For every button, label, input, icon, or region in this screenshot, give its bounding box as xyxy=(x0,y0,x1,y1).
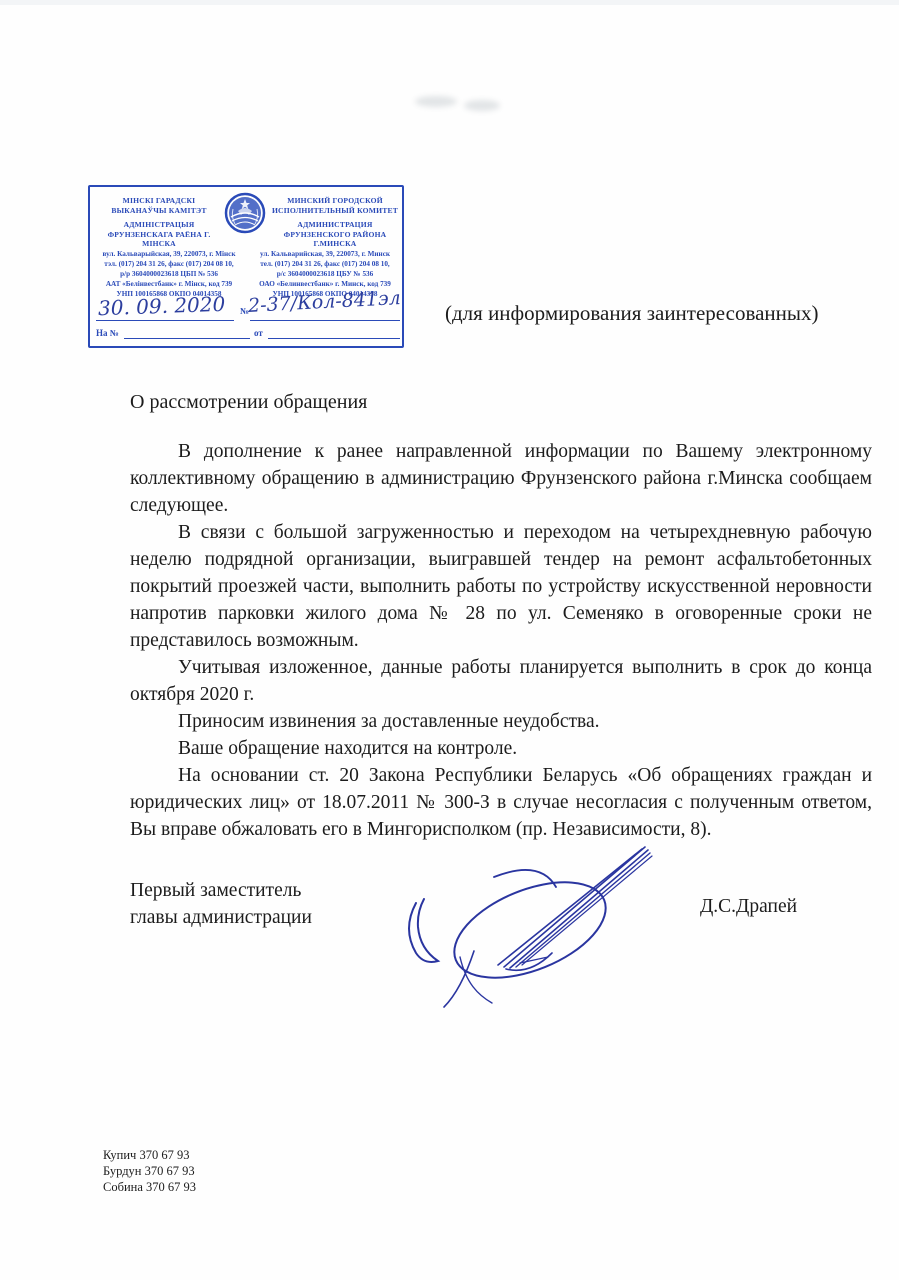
letterhead-stamp: МІНСКІ ГАРАДСКІВЫКАНАЎЧЫ КАМІТЭТ АДМІНІС… xyxy=(88,185,404,348)
letter-paragraph: В связи с большой загруженностью и перех… xyxy=(130,519,872,654)
executor-contact-line: Бурдун 370 67 93 xyxy=(103,1163,196,1179)
letter-paragraph: На основании ст. 20 Закона Республики Бе… xyxy=(130,762,872,843)
scan-smudge xyxy=(464,100,500,111)
executor-contacts: Купич 370 67 93Бурдун 370 67 93Собина 37… xyxy=(103,1147,196,1195)
letter-subject: О рассмотрении обращения xyxy=(130,391,367,414)
stamp-org-line: МІНСКІ ГАРАДСКІ xyxy=(94,196,224,206)
addressee-note: (для информирования заинтересованных) xyxy=(445,301,865,326)
scanned-letter-page: МІНСКІ ГАРАДСКІВЫКАНАЎЧЫ КАМІТЭТ АДМІНІС… xyxy=(0,0,899,1280)
stamp-admin-line: ФРУНЗЕНСКОГО РАЙОНА Г.МИНСКА xyxy=(270,230,400,249)
stamp-address-line: ул. Кальварийская, 39, 220073, г. Минск xyxy=(248,249,402,259)
from-date-label: от xyxy=(254,328,263,338)
belarus-coat-of-arms-icon xyxy=(223,191,267,235)
stamp-address-line: р/р 3604000023618 ЦБП № 536 xyxy=(92,269,246,279)
scan-edge-artifact xyxy=(0,0,899,5)
stamp-address-line: тел. (017) 204 31 26, факс (017) 204 08 … xyxy=(248,259,402,269)
from-date-underline xyxy=(268,338,400,339)
incoming-number-label: На № xyxy=(96,328,119,338)
stamp-admin-line: ФРУНЗЕНСКАГА РАЁНА Г. МІНСКА xyxy=(94,230,224,249)
signer-name: Д.С.Драпей xyxy=(700,896,797,918)
number-underline xyxy=(250,320,400,321)
stamp-org-line: ИСПОЛНИТЕЛЬНЫЙ КОМИТЕТ xyxy=(270,206,400,216)
signer-position-line: Первый заместитель xyxy=(130,877,312,904)
stamp-address-line: тэл. (017) 204 31 26, факс (017) 204 08 … xyxy=(92,259,246,269)
date-underline xyxy=(96,320,234,321)
stamp-org-belarusian: МІНСКІ ГАРАДСКІВЫКАНАЎЧЫ КАМІТЭТ АДМІНІС… xyxy=(94,196,224,249)
stamp-admin-line: АДМІНІСТРАЦЫЯ xyxy=(94,220,224,230)
letter-paragraph: Учитывая изложенное, данные работы плани… xyxy=(130,654,872,708)
stamp-address-line: ААТ «Белінвестбанк» г. Мінск, код 739 xyxy=(92,279,246,289)
letter-paragraph: В дополнение к ранее направленной информ… xyxy=(130,438,872,519)
handwritten-signature xyxy=(402,833,662,1013)
stamp-org-line: МИНСКИЙ ГОРОДСКОЙ xyxy=(270,196,400,206)
executor-contact-line: Купич 370 67 93 xyxy=(103,1147,196,1163)
scan-smudge xyxy=(415,96,457,107)
stamp-org-russian: МИНСКИЙ ГОРОДСКОЙИСПОЛНИТЕЛЬНЫЙ КОМИТЕТ … xyxy=(270,196,400,249)
handwritten-date: 30. 09. 2020 xyxy=(98,292,226,320)
stamp-address-line: вул. Кальварыйская, 39, 220073, г. Мінск xyxy=(92,249,246,259)
stamp-address-line: р/с 3604000023618 ЦБУ № 536 xyxy=(248,269,402,279)
letter-body: В дополнение к ранее направленной информ… xyxy=(130,438,872,843)
stamp-org-line: ВЫКАНАЎЧЫ КАМІТЭТ xyxy=(94,206,224,216)
executor-contact-line: Собина 370 67 93 xyxy=(103,1179,196,1195)
incoming-number-underline xyxy=(124,338,250,339)
signer-position: Первый заместительглавы администрации xyxy=(130,877,312,931)
letter-paragraph: Ваше обращение находится на контроле. xyxy=(130,735,872,762)
stamp-admin-line: АДМИНИСТРАЦИЯ xyxy=(270,220,400,230)
signer-position-line: главы администрации xyxy=(130,904,312,931)
letter-paragraph: Приносим извинения за доставленные неудо… xyxy=(130,708,872,735)
